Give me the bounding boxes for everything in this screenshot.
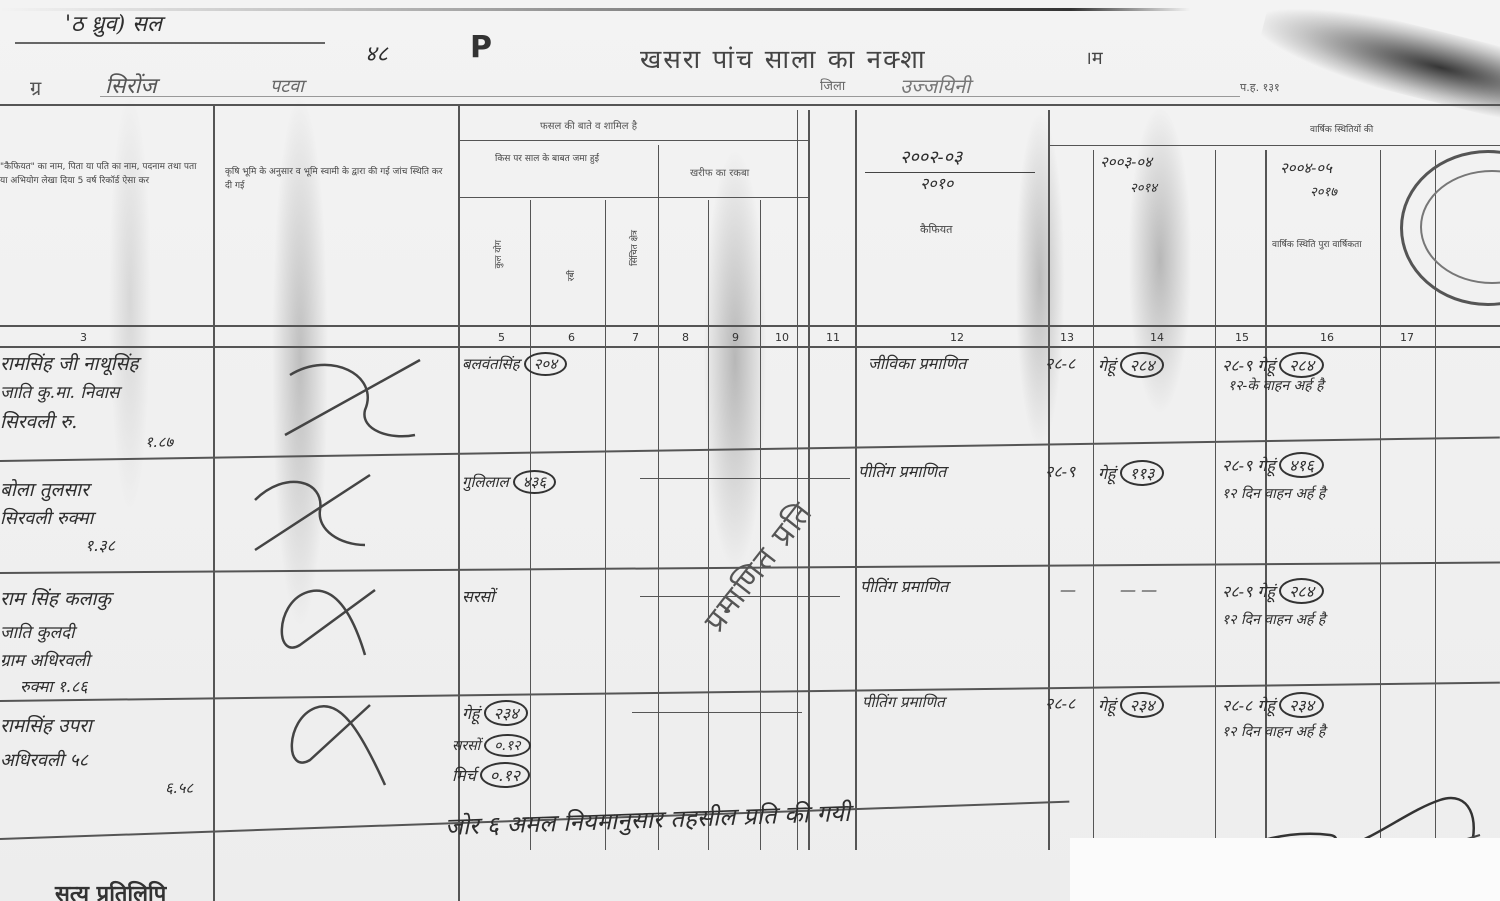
col15-note: १२ दिन वाहन अर्ह है bbox=[1222, 484, 1325, 503]
column-number: 16 bbox=[1320, 331, 1334, 344]
title-suffix: ।म bbox=[1085, 46, 1103, 70]
col13-value: २८-९ bbox=[1045, 460, 1075, 482]
col14-value: गेहूं२८४ bbox=[1098, 352, 1164, 378]
form-prefix: ४८ bbox=[365, 38, 388, 68]
col-border-14 bbox=[1215, 150, 1216, 850]
crop-subgroup-a: किस पर साल के बाबत जमा हुई bbox=[495, 152, 615, 166]
col-border-11 bbox=[855, 110, 857, 850]
owner-name-line: रामसिंह जी नाथूसिंह bbox=[0, 350, 138, 376]
owner-area: १.३८ bbox=[85, 534, 115, 556]
form-code: P bbox=[470, 30, 492, 65]
scanned-paper-background bbox=[0, 0, 1500, 901]
crop-group-header: फसल की बाते व शामिल है bbox=[540, 118, 637, 132]
crop-subgroup-b: खरीफ का रकबा bbox=[690, 165, 749, 179]
header-bottom-border bbox=[0, 325, 1500, 327]
blank-dash bbox=[632, 712, 802, 713]
col15-value: २८-९ गेहूं२८४ bbox=[1222, 352, 1324, 378]
right-group-header: वार्षिक स्थितियों की bbox=[1310, 122, 1373, 135]
blank-dash bbox=[640, 596, 840, 597]
owner-area: १.८७ bbox=[145, 432, 173, 452]
column-number: 12 bbox=[950, 331, 964, 344]
subgroup-underline bbox=[460, 197, 810, 198]
col14-value: गेहूं२३४ bbox=[1098, 692, 1164, 718]
col-border-8 bbox=[708, 200, 709, 850]
group-header-underline bbox=[460, 140, 810, 141]
page-top-edge bbox=[0, 8, 1190, 11]
column-number: 3 bbox=[80, 331, 87, 344]
crop-area-circle: २०४ bbox=[524, 352, 567, 376]
col12-value: पीतिंग प्रमाणित bbox=[860, 575, 948, 597]
year-a: २००२-०३ bbox=[900, 145, 962, 169]
col14-value: गेहूं११३ bbox=[1098, 460, 1164, 486]
col13-value: २८-८ bbox=[1045, 692, 1075, 714]
column-number: 11 bbox=[826, 331, 840, 344]
column-number: 15 bbox=[1235, 331, 1249, 344]
col-border-6 bbox=[605, 200, 606, 850]
blank-dash bbox=[640, 478, 850, 479]
vertical-header-total: कुल योग bbox=[492, 240, 505, 269]
col13-value: २८-८ bbox=[1045, 352, 1075, 374]
owner-name-line: सिरवली रु. bbox=[0, 408, 77, 434]
col-border-9 bbox=[760, 200, 761, 850]
crop-line: सरसों०.१२ bbox=[452, 734, 531, 757]
col15-note: १२ दिन वाहन अर्ह है bbox=[1222, 610, 1325, 629]
column-number: 13 bbox=[1060, 331, 1074, 344]
column-number: 5 bbox=[498, 331, 505, 344]
col4-header: कृषि भूमि के अनुसार व भूमि स्वामी के द्व… bbox=[225, 165, 450, 193]
cross-mark-icon bbox=[270, 355, 430, 445]
col-border-10 bbox=[797, 110, 798, 850]
year-c: २००४-०५ bbox=[1280, 158, 1332, 178]
owner-name-line: सिरवली रुक्मा bbox=[0, 506, 93, 530]
district-label: जिला bbox=[820, 76, 845, 94]
district-value: उज्जयिनी bbox=[900, 72, 970, 99]
bottom-left-label: सत्य प्रतिलिपि bbox=[55, 878, 166, 901]
village-label: ग्र bbox=[30, 74, 41, 101]
crop-line: गेहूं२३४ bbox=[462, 700, 528, 726]
alpha-mark-icon bbox=[270, 585, 400, 670]
col12-value: जीविका प्रमाणित bbox=[868, 352, 966, 374]
col-border-10b bbox=[808, 110, 810, 850]
col15-note: १२-के वाहन अर्ह है bbox=[1228, 376, 1324, 395]
column-number: 14 bbox=[1150, 331, 1164, 344]
col3-header: "कैफियत" का नाम, पिता या पति का नाम, पदन… bbox=[0, 160, 205, 188]
right-group-underline bbox=[1050, 145, 1500, 146]
col15-value: २८-९ गेहूं२८४ bbox=[1222, 578, 1324, 604]
year-b: २००३-०४ bbox=[1100, 152, 1152, 172]
col-border-16 bbox=[1380, 150, 1381, 850]
column-number: 6 bbox=[568, 331, 575, 344]
col12-value: पीतिंग प्रमाणित bbox=[862, 692, 945, 712]
owner-name-line: राम सिंह कलाकु bbox=[0, 585, 111, 611]
owner-name-line: जाति कु.मा. निवास bbox=[0, 380, 120, 403]
year-a-sub: २०१० bbox=[920, 172, 953, 194]
column-number: 9 bbox=[732, 331, 739, 344]
col12-header: कैफियत bbox=[920, 222, 952, 237]
table-top-border bbox=[0, 104, 1500, 106]
page-reference: प.ह. १३१ bbox=[1240, 80, 1280, 95]
column-number: 17 bbox=[1400, 331, 1414, 344]
owner-name-line: बोला तुलसार bbox=[0, 476, 89, 502]
col-border-7 bbox=[658, 145, 659, 850]
column-number: 10 bbox=[775, 331, 789, 344]
col-border-3 bbox=[213, 104, 215, 901]
col16-header: वार्षिक स्थिति पुरा वार्षिकता bbox=[1272, 238, 1372, 252]
column-number: 7 bbox=[632, 331, 639, 344]
col13-value: — bbox=[1060, 580, 1076, 599]
owner-name-line: रामसिंह उपरा bbox=[0, 712, 92, 738]
col15-note: १२ दिन वाहन अर्ह है bbox=[1222, 722, 1325, 741]
col-border-13 bbox=[1093, 150, 1094, 850]
col15-value: २८-८ गेहूं२३४ bbox=[1222, 692, 1324, 718]
page-torn-corner bbox=[1070, 838, 1500, 901]
top-left-note: 'ठ ध्रुव) सल bbox=[65, 8, 162, 38]
owner-name-line: अधिरवली ५८ bbox=[0, 748, 88, 772]
column-number-row-border bbox=[0, 346, 1500, 348]
crop-name: बलवंतसिंह२०४ bbox=[462, 352, 567, 376]
crop-line: मिर्च०.१२ bbox=[452, 762, 530, 788]
year-c-sub: २०१७ bbox=[1310, 182, 1337, 200]
cross-mark-icon bbox=[245, 470, 385, 560]
vertical-header-rabi: रबी bbox=[565, 270, 578, 281]
vertical-header-irrigated: सिंचित क्षेत्र bbox=[628, 230, 641, 266]
column-number: 8 bbox=[682, 331, 689, 344]
col15-value: २८-९ गेहूं४१६ bbox=[1222, 452, 1324, 478]
alpha-mark-icon bbox=[280, 700, 410, 790]
document-title: खसरा पांच साला का नक्शा bbox=[640, 40, 927, 76]
crop-name: गुलिलाल४३६ bbox=[462, 470, 556, 494]
owner-area: रुक्मा १.८६ bbox=[20, 675, 88, 697]
block-label: पटवा bbox=[270, 74, 304, 98]
owner-name-line: जाति कुलदी bbox=[0, 620, 75, 643]
top-left-underline bbox=[15, 42, 325, 44]
address-dotted-line bbox=[100, 96, 1240, 97]
col12-value: पीतिंग प्रमाणित bbox=[858, 460, 946, 482]
crop-name: सरसों bbox=[462, 585, 494, 607]
owner-area: ६.५८ bbox=[165, 778, 193, 798]
owner-name-line: ग्राम अधिरवली bbox=[0, 648, 90, 671]
col14-value: — — bbox=[1120, 580, 1157, 599]
year-b-sub: २०१४ bbox=[1130, 178, 1157, 196]
